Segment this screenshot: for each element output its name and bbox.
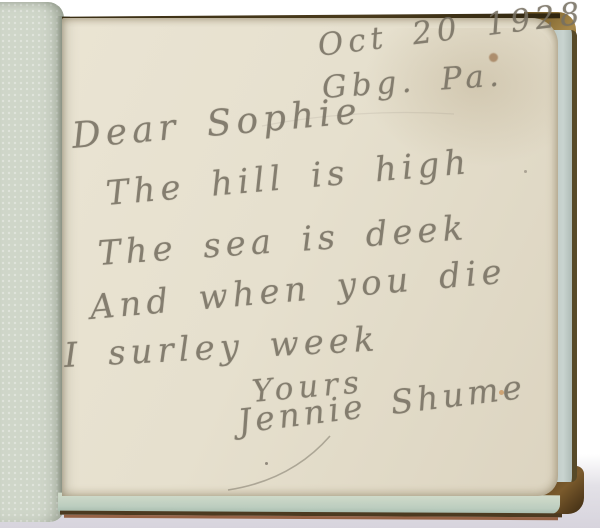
album-page: Oct 20 1928 Gbg. Pa. Dear Sophie The hil…	[62, 18, 558, 496]
album-felt-cover	[0, 2, 64, 522]
handwriting-verse-line-1: The hill is high	[104, 142, 472, 214]
photo-background: Oct 20 1928 Gbg. Pa. Dear Sophie The hil…	[0, 0, 600, 528]
handwriting-salutation: Dear Sophie	[70, 91, 363, 157]
stain-speck	[524, 170, 527, 173]
stain-speck	[489, 53, 498, 62]
stain-speck	[265, 462, 268, 465]
stain-speck	[499, 390, 504, 395]
